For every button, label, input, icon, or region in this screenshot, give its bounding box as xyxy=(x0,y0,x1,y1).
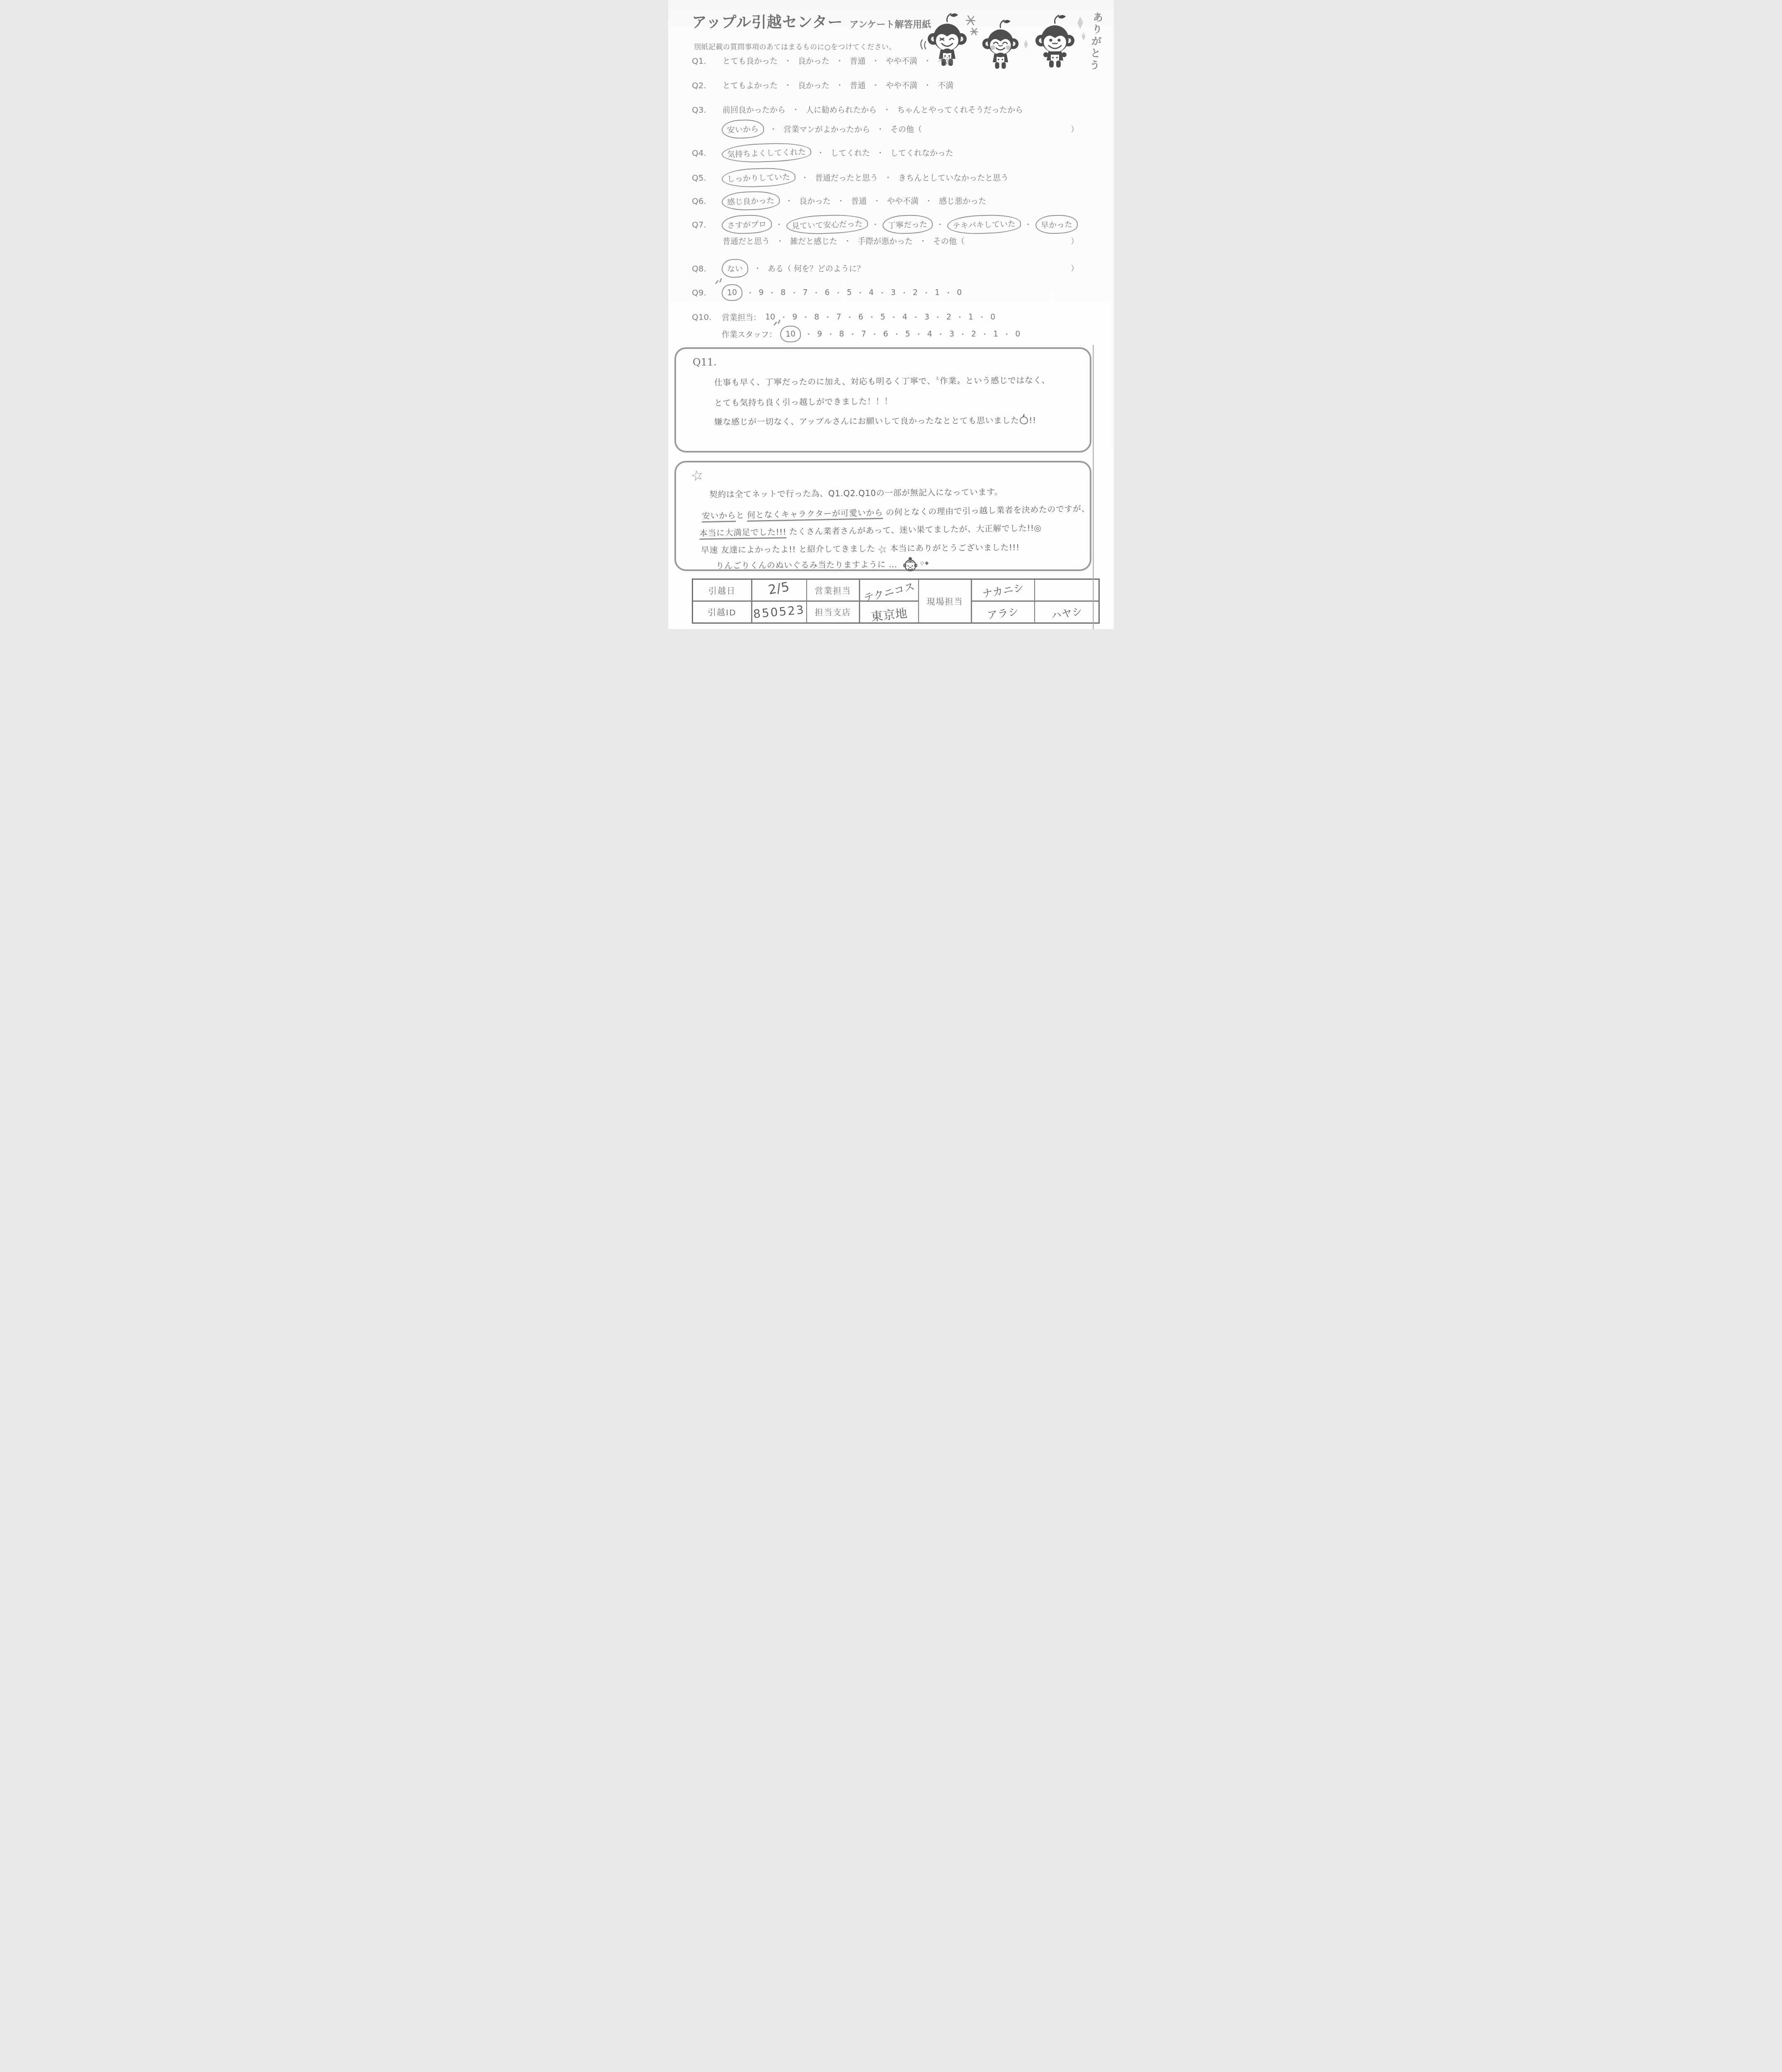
question-number: Q5. xyxy=(692,173,722,183)
diamond-doodles: ◇◆ xyxy=(920,560,930,566)
rating: 9 xyxy=(742,286,764,300)
question-number: Q6. xyxy=(692,196,722,206)
rating: 9 xyxy=(801,327,823,341)
rating: 5 xyxy=(889,327,911,341)
empty-cell xyxy=(1035,580,1098,600)
rating: 0 xyxy=(941,286,963,300)
rating: 0 xyxy=(974,310,996,324)
option: 営業マンがよかったから xyxy=(764,121,871,137)
option: 不満 xyxy=(918,77,954,93)
handwritten-note-line: 早速 友達によかったよ!! と紹介してきました☆本当にありがとうございました!!… xyxy=(701,541,1020,558)
site-staff-value-1: ナカニシ xyxy=(972,580,1034,600)
question-number: Q3. xyxy=(692,105,722,115)
star-doodle-icon: ☆ xyxy=(876,542,889,557)
question-q5: Q5. しっかりしていた 普通だったと思う きちんとしていなかったと思う xyxy=(692,168,1079,187)
emphasis-ticks-icon xyxy=(715,279,722,285)
option-selected: しっかりしていた xyxy=(722,168,795,187)
rating-scale: 10 9 8 7 6 5 4 3 2 1 0 xyxy=(764,310,996,324)
rating: 1 xyxy=(919,286,941,300)
scan-artifact-line xyxy=(1093,345,1094,629)
options: 普通だと思う 雑だと感じた 手際が悪かった その他（ xyxy=(722,233,965,249)
underlined-text: 安いから xyxy=(702,510,736,523)
move-date-value: 2/5 xyxy=(752,580,806,600)
options: ない ある（ 何を？どのように？ xyxy=(722,259,866,278)
handwritten-note-line: りんごりくんのぬいぐるみ当たりますように … ◇◆ xyxy=(716,556,930,574)
handwritten-text: たくさん業者さんがあって、迷い果てましたが、大正解でした!!◎ xyxy=(789,523,1042,537)
rating: 7 xyxy=(845,327,867,341)
option: 普通だったと思う xyxy=(795,169,879,186)
page-title: アップル引越センター xyxy=(692,11,843,32)
option: その他（ xyxy=(914,233,965,249)
underlined-text: 何となくキャラクターが可愛いから xyxy=(747,508,883,522)
handwritten-text: 嫌な感じが一切なく、アップルさんにお願いして良かったなととても思いました xyxy=(714,415,1019,427)
rating-row-label: 作業スタッフ： xyxy=(722,329,777,340)
handwritten-comment-line: とても気持ち良く引っ越しができました！！！ xyxy=(714,395,893,409)
rating: 3 xyxy=(933,327,955,341)
options: 安いから 営業マンがよかったから その他（ xyxy=(722,120,923,138)
rating: 4 xyxy=(853,286,875,300)
branch-label: 担当支店 xyxy=(807,602,859,622)
options: 気持ちよくしてくれた してくれた してくれなかった xyxy=(722,143,954,162)
rating: 2 xyxy=(930,310,952,324)
option-selected: さすがプロ xyxy=(722,215,772,234)
rating: 1 xyxy=(977,327,999,341)
option: 不満 xyxy=(918,53,954,69)
option: 前回良かったから xyxy=(722,102,786,118)
rating: 7 xyxy=(786,286,808,300)
option: 普通だと思う xyxy=(722,233,771,249)
rating: 1 xyxy=(952,310,974,324)
option: 感じ悪かった xyxy=(919,193,987,209)
header: アップル引越センター アンケート解答用紙 xyxy=(692,11,931,32)
close-paren: ） xyxy=(1071,123,1079,135)
options: 感じ良かった 良かった 普通 やや不満 感じ悪かった xyxy=(722,191,987,210)
rating: 5 xyxy=(831,286,853,300)
rating: 5 xyxy=(864,310,886,324)
handwritten-comment-line: 嫌な感じが一切なく、アップルさんにお願いして良かったなととても思いました!! xyxy=(714,414,1036,427)
move-id-label: 引越ID xyxy=(693,602,751,622)
question-q1: Q1. とても良かった 良かった 普通 やや不満 不満 xyxy=(692,53,1079,69)
rating-row-label: 営業担当： xyxy=(722,312,761,323)
rating: 4 xyxy=(911,327,933,341)
option: 雑だと感じた xyxy=(771,233,838,249)
question-q3: Q3. 前回良かったから 人に勧められたから ちゃんとやってくれそうだったから xyxy=(692,102,1079,118)
option: してくれた xyxy=(811,145,871,161)
option: やや不満 xyxy=(866,77,918,93)
site-staff-label: 現場担当 xyxy=(919,580,971,622)
rating: 6 xyxy=(809,286,831,300)
rating-selected: 10 xyxy=(780,326,801,342)
option: 普通 xyxy=(830,53,866,69)
monkey-doodle-icon xyxy=(903,556,917,573)
question-number: Q8. xyxy=(692,264,722,274)
option-selected: 気持ちよくしてくれた xyxy=(722,143,811,162)
site-staff-value-3: ハヤシ xyxy=(1035,602,1098,622)
option: やや不満 xyxy=(866,53,918,69)
close-paren: ） xyxy=(1071,263,1079,274)
option-selected: 見ていて安心だった xyxy=(772,215,868,234)
option: ちゃんとやってくれそうだったから xyxy=(878,102,1024,118)
rating-scale: 10 9 8 7 6 5 4 3 2 1 0 xyxy=(722,284,963,301)
branch-value: 東京地 xyxy=(860,602,918,622)
option: 人に勧められたから xyxy=(786,102,878,118)
apple-doodle-icon xyxy=(1020,416,1028,424)
option: 普通 xyxy=(832,193,868,209)
site-staff-value-2: アラシ xyxy=(972,602,1034,622)
rating: 4 xyxy=(886,310,908,324)
question-number: Q2. xyxy=(692,80,722,90)
handwritten-text: と xyxy=(736,510,744,520)
question-q9: Q9. 10 9 8 7 6 5 4 3 2 1 0 xyxy=(692,284,1079,301)
rating: 0 xyxy=(999,327,1021,341)
option: 普通 xyxy=(830,77,866,93)
question-q2: Q2. とてもよかった 良かった 普通 やや不満 不満 xyxy=(692,77,1079,93)
option: とても良かった xyxy=(722,53,778,69)
question-q7: Q7. さすがプロ 見ていて安心だった 丁寧だった テキパキしていた 早かった xyxy=(692,215,1079,234)
close-paren: ） xyxy=(1071,235,1079,247)
option-selected: 丁寧だった xyxy=(868,215,933,234)
question-number: Q1. xyxy=(692,56,722,66)
question-q3-continued: 安いから 営業マンがよかったから その他（ ） xyxy=(692,120,1079,138)
handwritten-text: りんごりくんのぬいぐるみ当たりますように … xyxy=(716,559,897,571)
move-id-value: 850523 xyxy=(752,602,806,622)
handwritten-text: !! xyxy=(1029,415,1036,425)
option: してくれなかった xyxy=(871,145,954,161)
rating: 3 xyxy=(875,286,897,300)
handwritten-text: 本当にありがとうございました!!! xyxy=(890,542,1020,554)
option: 手際が悪かった xyxy=(838,233,914,249)
handwritten-note-line: 本当に大満足でした!!! たくさん業者さんがあって、迷い果てましたが、大正解でし… xyxy=(699,521,1042,539)
option: きちんとしていなかったと思う xyxy=(879,169,1009,186)
rating: 8 xyxy=(823,327,845,341)
rating: 8 xyxy=(764,286,786,300)
options: 前回良かったから 人に勧められたから ちゃんとやってくれそうだったから xyxy=(722,102,1024,118)
option-selected: 早かった xyxy=(1021,215,1078,234)
options: さすがプロ 見ていて安心だった 丁寧だった テキパキしていた 早かった xyxy=(722,215,1078,234)
option-selected: 感じ良かった xyxy=(722,191,780,210)
question-number: Q9. xyxy=(692,288,722,298)
rating: 6 xyxy=(867,327,889,341)
rating: 2 xyxy=(955,327,977,341)
option: 良かった xyxy=(778,53,830,69)
thanks-vertical-text: ありがとう xyxy=(1086,11,1105,72)
rating-scale: 10 9 8 7 6 5 4 3 2 1 0 xyxy=(780,326,1021,342)
question-q10-staff: 作業スタッフ： 10 9 8 7 6 5 4 3 2 1 0 xyxy=(692,326,1079,342)
question-q8: Q8. ない ある（ 何を？どのように？ ） xyxy=(692,259,1079,278)
question-q6: Q6. 感じ良かった 良かった 普通 やや不満 感じ悪かった xyxy=(692,191,1079,210)
rating: 3 xyxy=(908,310,930,324)
asterisk-sparkle-icon xyxy=(966,16,977,35)
options: とてもよかった 良かった 普通 やや不満 不満 xyxy=(722,77,954,93)
rating: 2 xyxy=(897,286,919,300)
handwritten-note-line: 契約は全てネットで行った為、Q1.Q2.Q10の一部が無記入になっています。 xyxy=(709,485,1003,500)
handwritten-comment-line: 仕事も早く、丁寧だったのに加え、対応も明るく丁寧で、〝作業〟という感じではなく、 xyxy=(714,373,1050,388)
question-number: Q7. xyxy=(692,220,722,230)
option: その他（ xyxy=(871,121,923,137)
footer-info-table: 引越日 2/5 営業担当 テクニコス 現場担当 ナカニシ 引越ID 850523… xyxy=(692,579,1100,624)
option-selected: 安いから xyxy=(722,120,764,138)
option: やや不満 xyxy=(868,193,919,209)
option: とてもよかった xyxy=(722,77,778,93)
rating: 8 xyxy=(798,310,820,324)
underlined-text: 本当に大満足でした!!! xyxy=(699,527,786,540)
question-q4: Q4. 気持ちよくしてくれた してくれた してくれなかった xyxy=(692,143,1079,162)
question-number: Q10. xyxy=(692,312,722,322)
question-q7-continued: 普通だと思う 雑だと感じた 手際が悪かった その他（ ） xyxy=(692,233,1079,249)
sales-rep-label: 営業担当 xyxy=(807,580,859,600)
emphasis-ticks-icon xyxy=(774,320,781,326)
option-selected: テキパキしていた xyxy=(933,215,1021,234)
note-box: ☆ 契約は全てネットで行った為、Q1.Q2.Q10の一部が無記入になっています。… xyxy=(674,461,1091,571)
rating: 7 xyxy=(820,310,842,324)
handwritten-text: 早速 友達によかったよ!! と紹介してきました xyxy=(701,544,875,555)
option: 良かった xyxy=(780,193,832,209)
q11-comment-box: Q11. 仕事も早く、丁寧だったのに加え、対応も明るく丁寧で、〝作業〟という感じ… xyxy=(674,347,1091,453)
options: しっかりしていた 普通だったと思う きちんとしていなかったと思う xyxy=(722,168,1009,187)
option-selected: ない xyxy=(722,259,748,278)
questionnaire-page: アップル引越センター アンケート解答用紙 別紙記載の質問事項のあてはまるものに○… xyxy=(668,0,1114,629)
question-q10-sales: Q10. 営業担当： 10 9 8 7 6 5 4 3 2 1 0 xyxy=(692,310,1079,324)
question-number: Q4. xyxy=(692,148,722,158)
q11-label: Q11. xyxy=(693,356,717,368)
move-date-label: 引越日 xyxy=(693,580,751,600)
option: 良かった xyxy=(778,77,830,93)
option: ある（ 何を？どのように？ xyxy=(748,260,866,276)
options: とても良かった 良かった 普通 やや不満 不満 xyxy=(722,53,954,69)
handwritten-text: の何となくの理由で引っ越し業者を決めたのですが、 xyxy=(886,503,1090,517)
handwritten-note-line: 安いからと 何となくキャラクターが可愛いから の何となくの理由で引っ越し業者を決… xyxy=(702,502,1090,521)
star-icon: ☆ xyxy=(689,466,705,485)
rating-selected: 10 xyxy=(722,284,742,301)
rating: 6 xyxy=(842,310,864,324)
instruction-text: 別紙記載の質問事項のあてはまるものに○をつけてください。 xyxy=(694,41,896,51)
sales-rep-value: テクニコス xyxy=(860,580,918,600)
